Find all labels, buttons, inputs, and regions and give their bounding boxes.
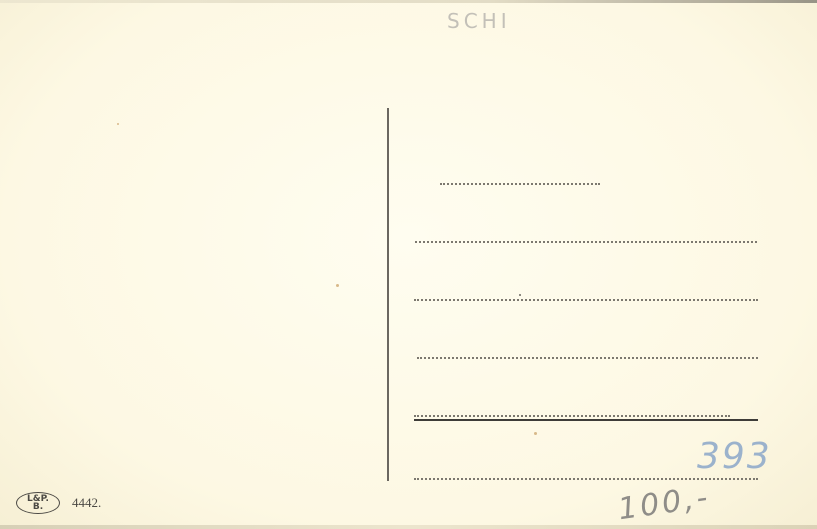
publisher-logo: L&P. B. xyxy=(16,492,60,514)
paper-speck xyxy=(336,284,339,287)
paper-speck xyxy=(534,432,537,435)
blue-ink-number: 393 xyxy=(697,436,772,477)
paper-speck xyxy=(519,294,521,296)
card-top-edge xyxy=(0,0,817,3)
publisher-logo-bottom: B. xyxy=(27,503,49,511)
paper-speck xyxy=(117,123,119,125)
pencil-price: 100,- xyxy=(616,480,713,528)
pencil-note-top: SCHI xyxy=(447,9,511,33)
message-address-divider xyxy=(387,108,389,481)
address-line-3 xyxy=(414,299,758,301)
card-bottom-edge xyxy=(0,525,817,529)
postcard-back: SCHI 393 100,- L&P. B. 4442. xyxy=(0,0,817,529)
catalog-number: 4442. xyxy=(72,495,101,511)
address-line-5 xyxy=(414,415,730,417)
address-line-4 xyxy=(417,357,758,359)
address-line-2 xyxy=(415,241,757,243)
address-underline xyxy=(414,419,758,421)
address-line-1 xyxy=(440,183,600,185)
